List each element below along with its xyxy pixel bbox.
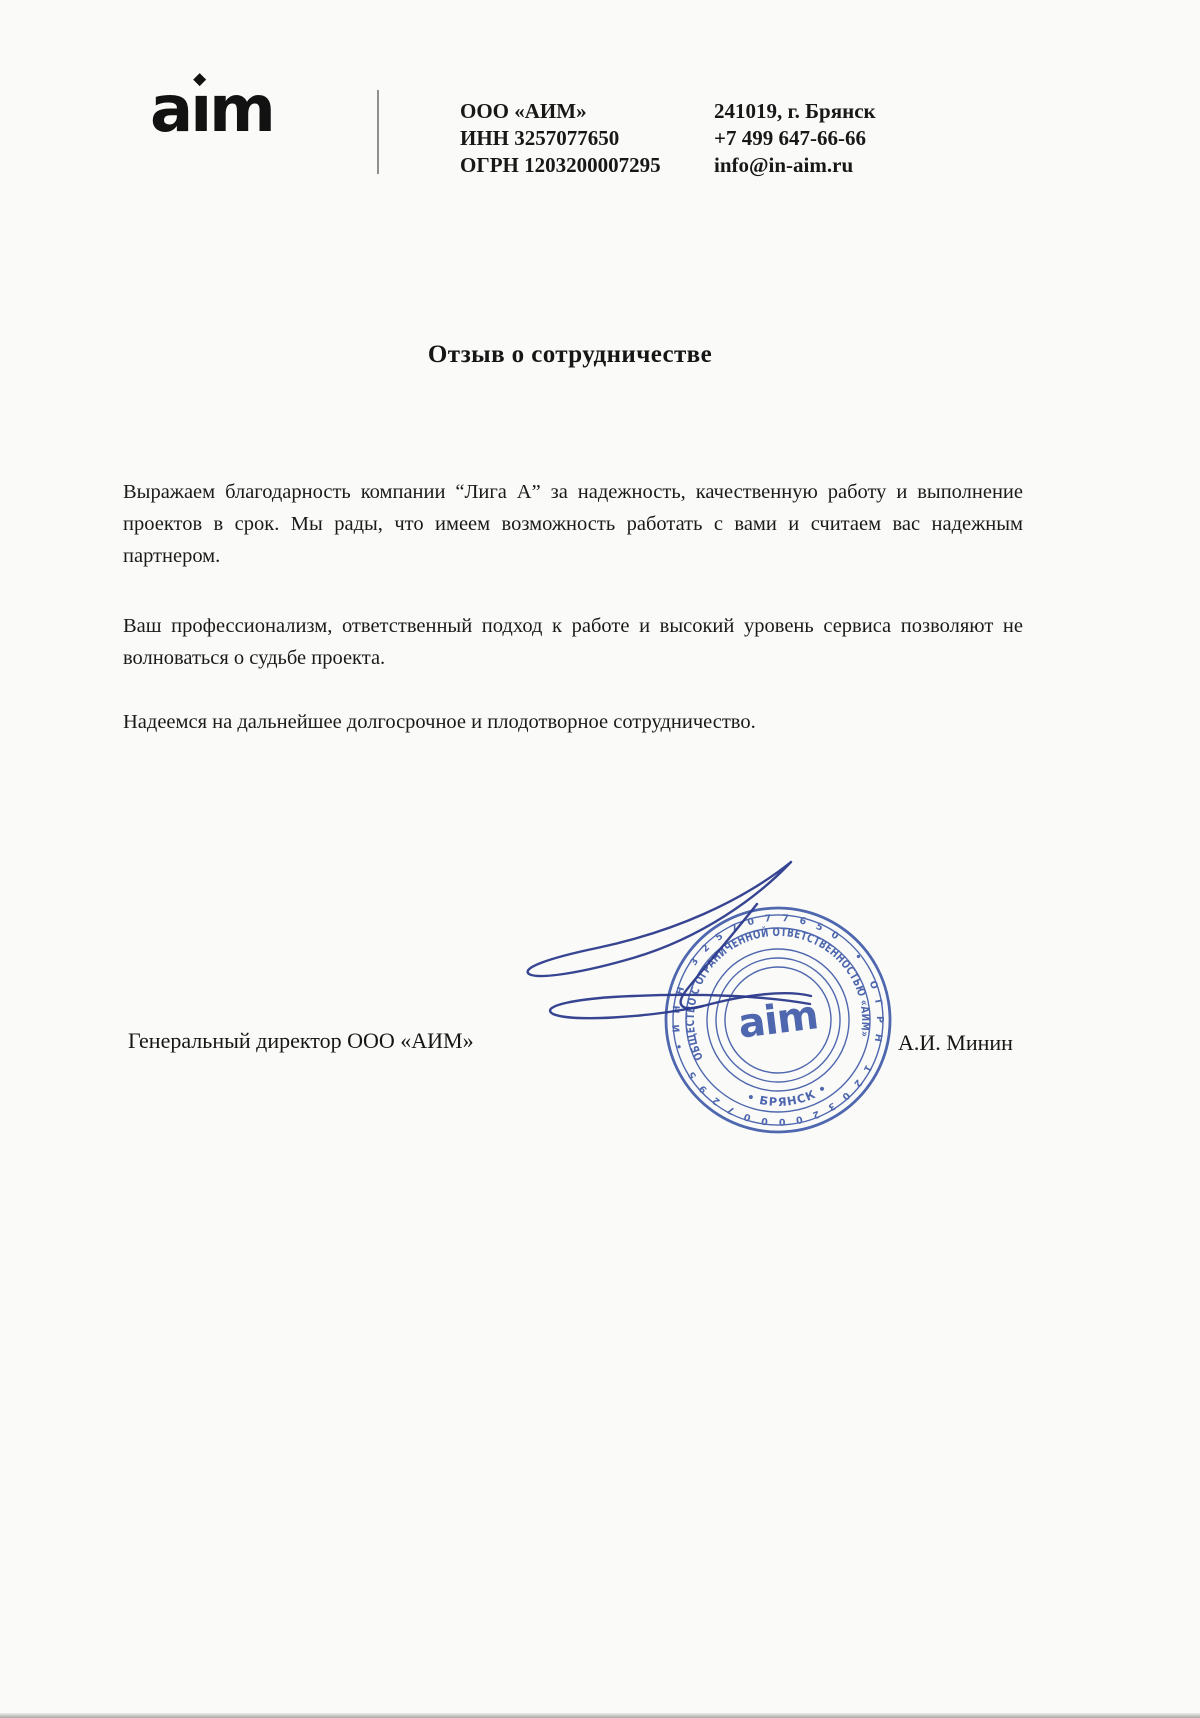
- company-info: ООО «АИМ» ИНН 3257077650 ОГРН 1203200007…: [460, 98, 661, 179]
- signer-position-title: Генеральный директор ООО «АИМ»: [128, 1028, 474, 1054]
- company-address: 241019, г. Брянск: [714, 98, 876, 125]
- company-phone: +7 499 647-66-66: [714, 125, 876, 152]
- signature-stroke: [681, 904, 811, 1008]
- header-divider: [377, 90, 379, 174]
- body-paragraph: Ваш профессионализм, ответственный подхо…: [123, 610, 1023, 674]
- scan-edge-artifact: [0, 1713, 1200, 1718]
- body-paragraph: Надеемся на дальнейшее долгосрочное и пл…: [123, 706, 1023, 738]
- logo-letter-m: m: [209, 73, 273, 147]
- signature-stroke: [550, 995, 810, 1018]
- logo-letter-a: a: [150, 73, 190, 147]
- stamp-city-text: • БРЯНСК •: [744, 1080, 832, 1114]
- document-title: Отзыв о сотрудничестве: [0, 341, 1140, 369]
- company-contacts: 241019, г. Брянск +7 499 647-66-66 info@…: [714, 98, 876, 179]
- company-inn: ИНН 3257077650: [460, 125, 661, 152]
- signature-stroke: [528, 862, 791, 976]
- company-name: ООО «АИМ»: [460, 98, 661, 125]
- signer-name: А.И. Минин: [898, 1030, 1013, 1056]
- body-paragraph: Выражаем благодарность компании “Лига А”…: [123, 476, 1023, 572]
- handwritten-signature: [505, 846, 825, 1026]
- scanned-letter-page: aı◆m ООО «АИМ» ИНН 3257077650 ОГРН 12032…: [0, 0, 1200, 1718]
- company-logo: aı◆m: [150, 78, 273, 142]
- company-email: info@in-aim.ru: [714, 152, 876, 179]
- logo-diamond-dot-icon: ◆: [193, 71, 206, 88]
- letter-body: Выражаем благодарность компании “Лига А”…: [123, 476, 1023, 738]
- company-ogrn: ОГРН 1203200007295: [460, 152, 661, 179]
- logo-letter-i: ı◆: [190, 78, 209, 142]
